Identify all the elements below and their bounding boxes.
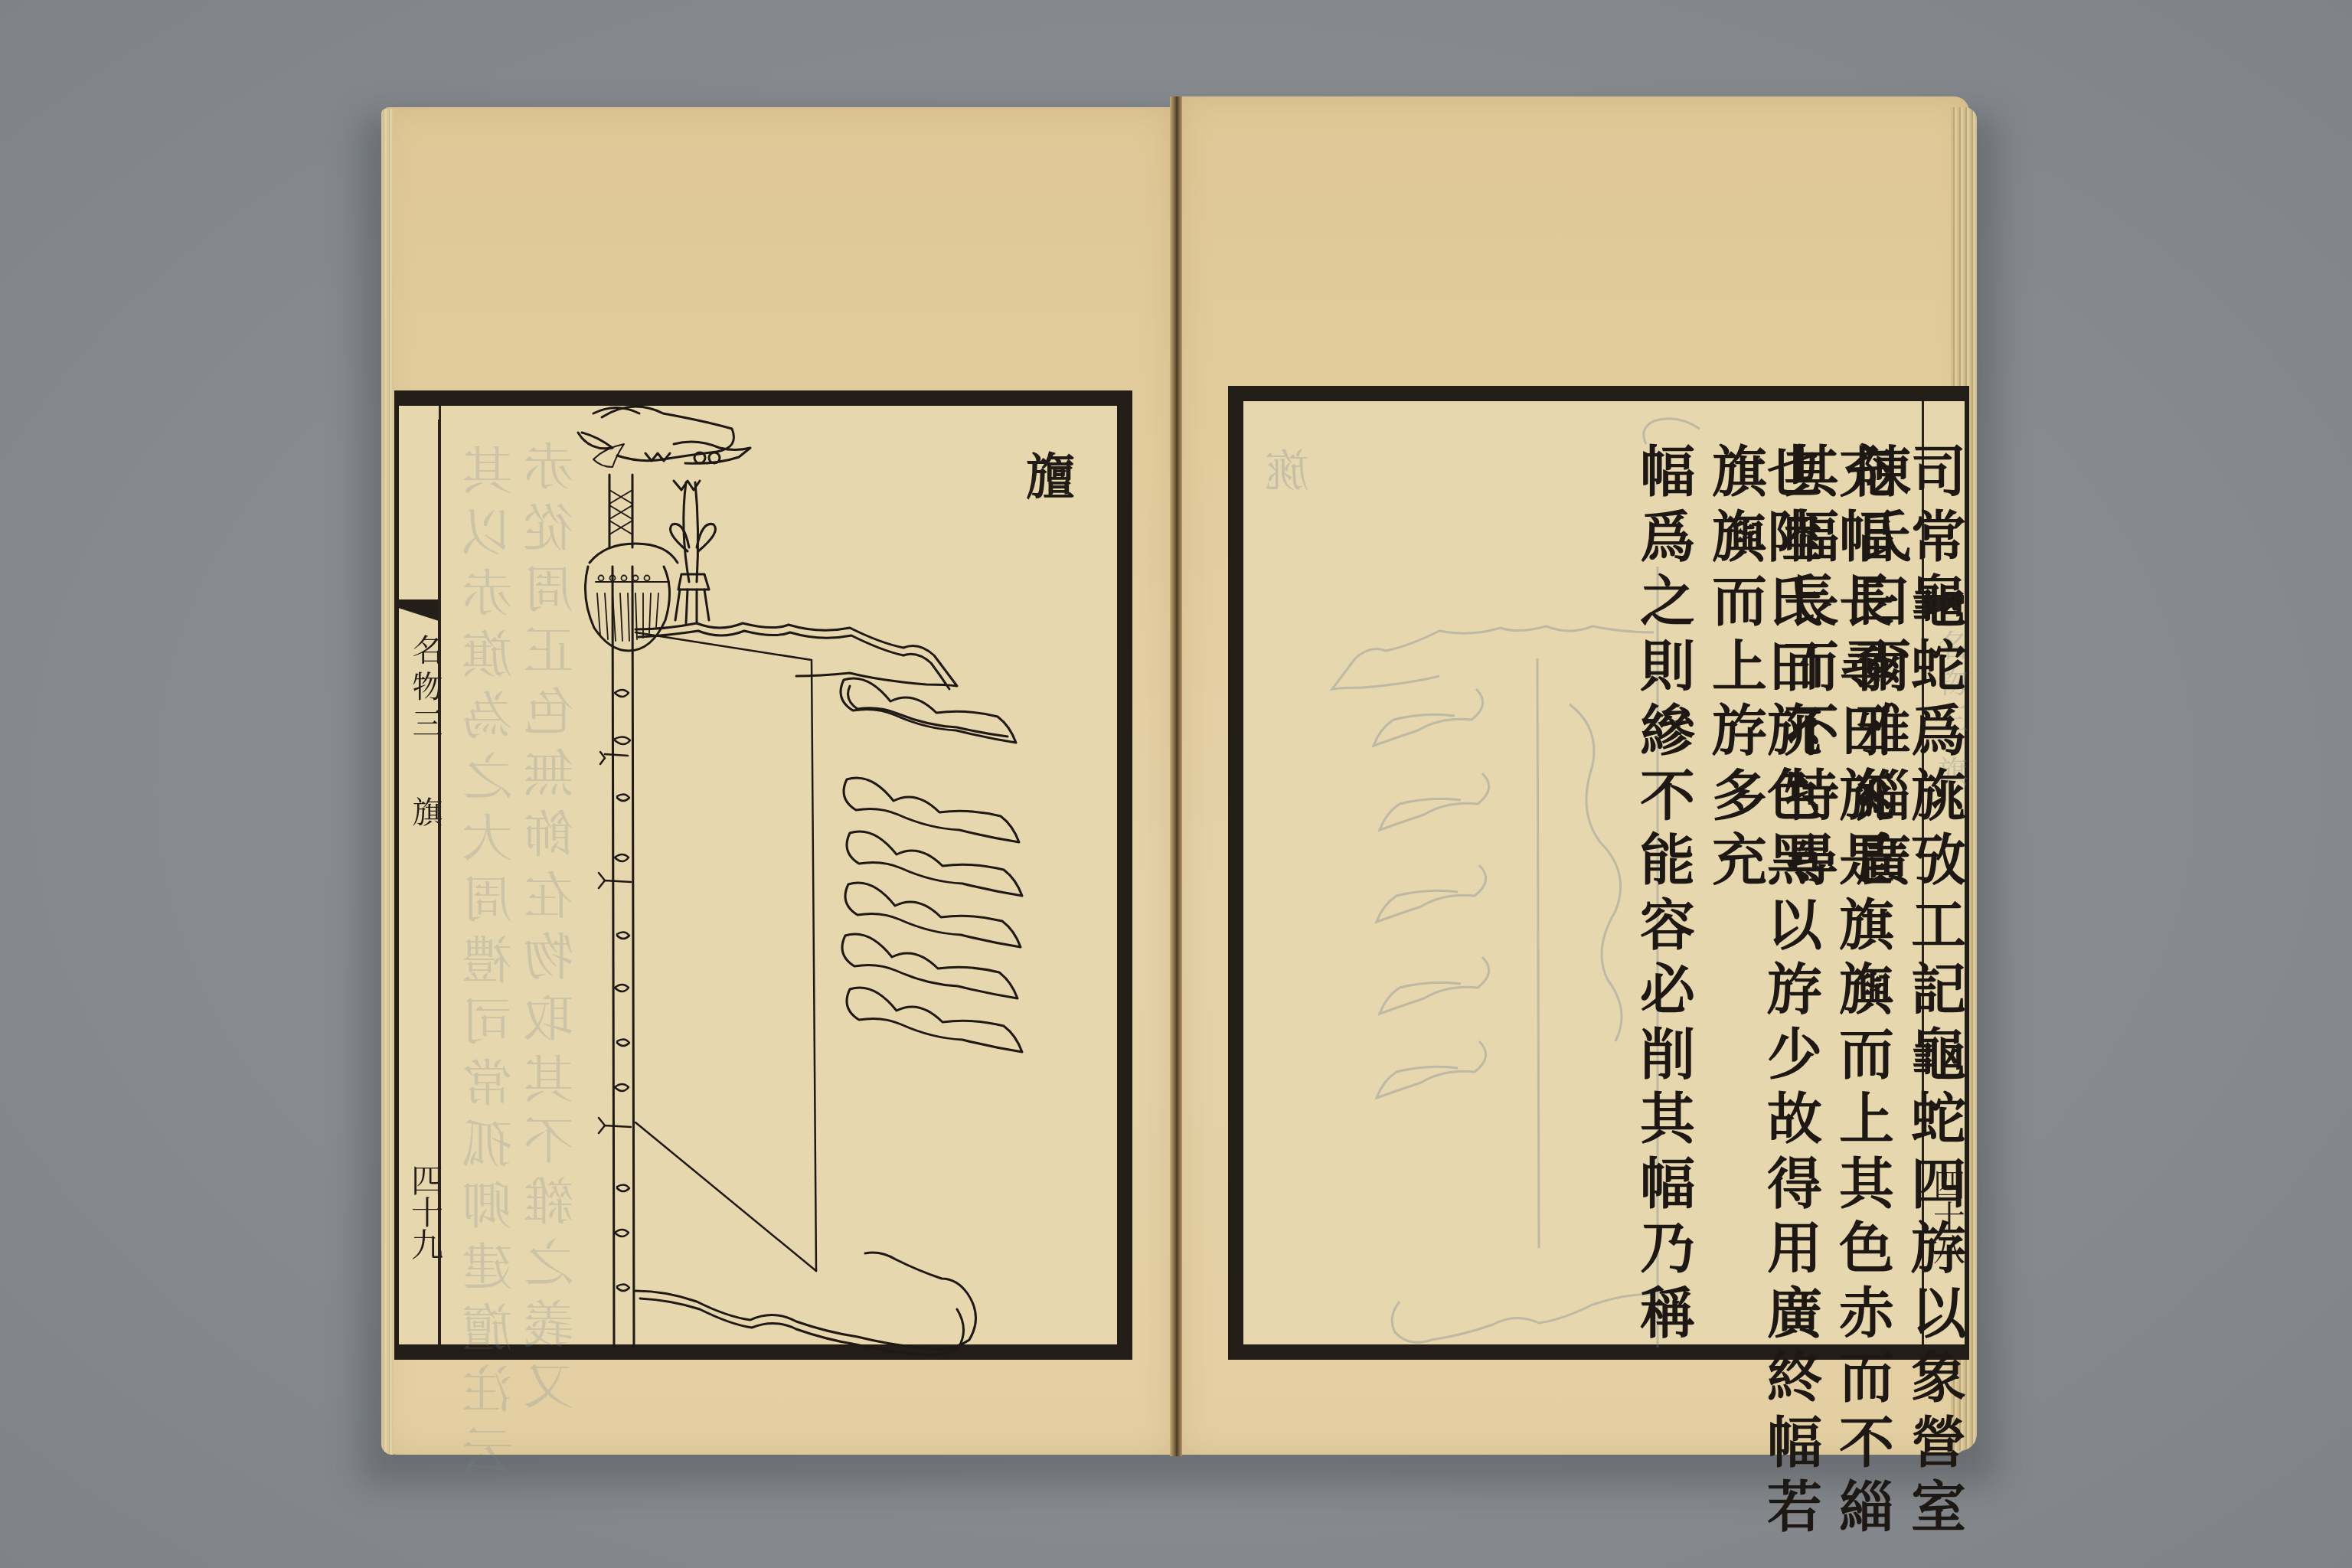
text-column-4: 幅爲之則縿不能容必削其幅乃稱: [1635, 443, 1690, 1348]
show-through-caption: 旐: [1265, 435, 1309, 499]
show-through-illustration: [0, 0, 2352, 1568]
text-column-3: 也陸氏曰旐色黑以斿少故得用廣終幅若旗旟而上斿多充: [1707, 443, 1818, 1568]
